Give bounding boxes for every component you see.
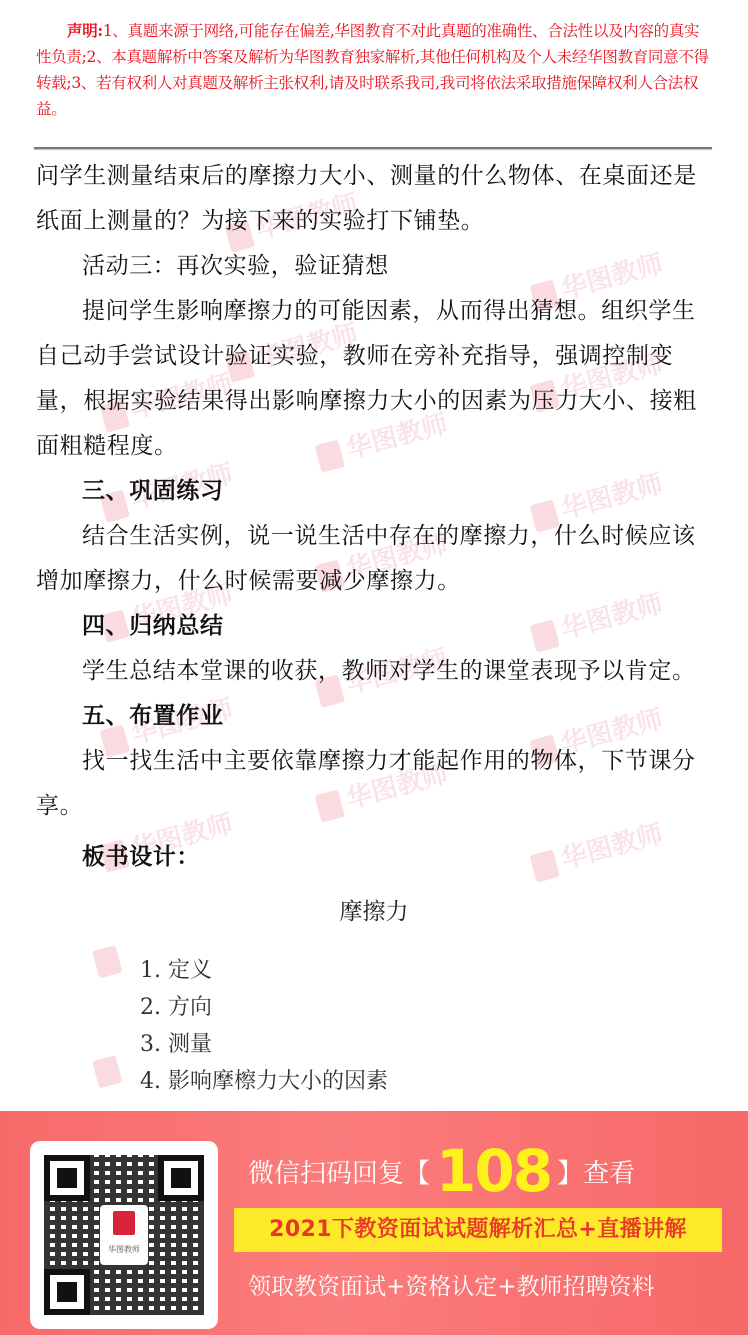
cta-suffix: 】查看	[557, 1153, 635, 1190]
watermark	[92, 1052, 129, 1089]
section-5-heading: 五、布置作业	[36, 694, 714, 739]
watermark-logo-icon	[92, 945, 122, 978]
qr-finder-icon	[44, 1269, 90, 1315]
qr-finder-icon	[44, 1155, 90, 1201]
brand-logo-icon	[113, 1211, 135, 1235]
divider	[34, 147, 712, 149]
reply-code: 108	[436, 1141, 551, 1201]
board-title: 摩擦力	[0, 893, 748, 926]
board-item: 1. 定义	[140, 952, 388, 989]
banner-cta: 微信扫码回复【 108 】查看	[248, 1141, 635, 1201]
board-item: 3. 测量	[140, 1026, 388, 1063]
section-4-heading: 四、归纳总结	[36, 604, 714, 649]
banner-subtext: 领取教资面试+资格认定+教师招聘资料	[248, 1268, 655, 1301]
board-item: 4. 影响摩檫力大小的因素	[140, 1063, 388, 1100]
paragraph: 找一找生活中主要依靠摩擦力才能起作用的物体，下节课分享。	[36, 739, 714, 829]
paragraph: 结合生活实例，说一说生活中存在的摩擦力，什么时候应该增加摩擦力，什么时候需要减少…	[36, 514, 714, 604]
qr-finder-icon	[158, 1155, 204, 1201]
qr-logo: 华图教师	[100, 1205, 148, 1265]
disclaimer-lead: 声明:	[67, 21, 103, 40]
board-item: 2. 方向	[140, 989, 388, 1026]
disclaimer: 声明:1、真题来源于网络,可能存在偏差,华图教育不对此真题的准确性、合法性以及内…	[36, 18, 712, 122]
qr-code-card[interactable]: 华图教师	[30, 1141, 218, 1329]
watermark-logo-icon	[92, 1055, 122, 1088]
watermark	[92, 942, 129, 979]
paragraph: 学生总结本堂课的收获，教师对学生的课堂表现予以肯定。	[36, 649, 714, 694]
paragraph: 提问学生影响摩擦力的可能因素，从而得出猜想。组织学生自己动手尝试设计验证实验，教…	[36, 289, 714, 469]
section-3-heading: 三、巩固练习	[36, 469, 714, 514]
cta-prefix: 微信扫码回复【	[248, 1153, 430, 1190]
promo-banner[interactable]: 华图教师 微信扫码回复【 108 】查看 2021下教资面试试题解析汇总+直播讲…	[0, 1111, 748, 1335]
qr-logo-text: 华图教师	[108, 1245, 140, 1254]
disclaimer-text: 1、真题来源于网络,可能存在偏差,华图教育不对此真题的准确性、合法性以及内容的真…	[36, 22, 709, 118]
board-design-heading: 板书设计：	[36, 835, 714, 880]
board-list: 1. 定义 2. 方向 3. 测量 4. 影响摩檫力大小的因素	[140, 952, 388, 1100]
activity-3-heading: 活动三：再次实验，验证猜想	[36, 244, 714, 289]
banner-highlight: 2021下教资面试试题解析汇总+直播讲解	[234, 1208, 722, 1252]
paragraph: 问学生测量结束后的摩擦力大小、测量的什么物体、在桌面还是纸面上测量的？为接下来的…	[36, 154, 714, 244]
lesson-content: 问学生测量结束后的摩擦力大小、测量的什么物体、在桌面还是纸面上测量的？为接下来的…	[36, 154, 714, 880]
